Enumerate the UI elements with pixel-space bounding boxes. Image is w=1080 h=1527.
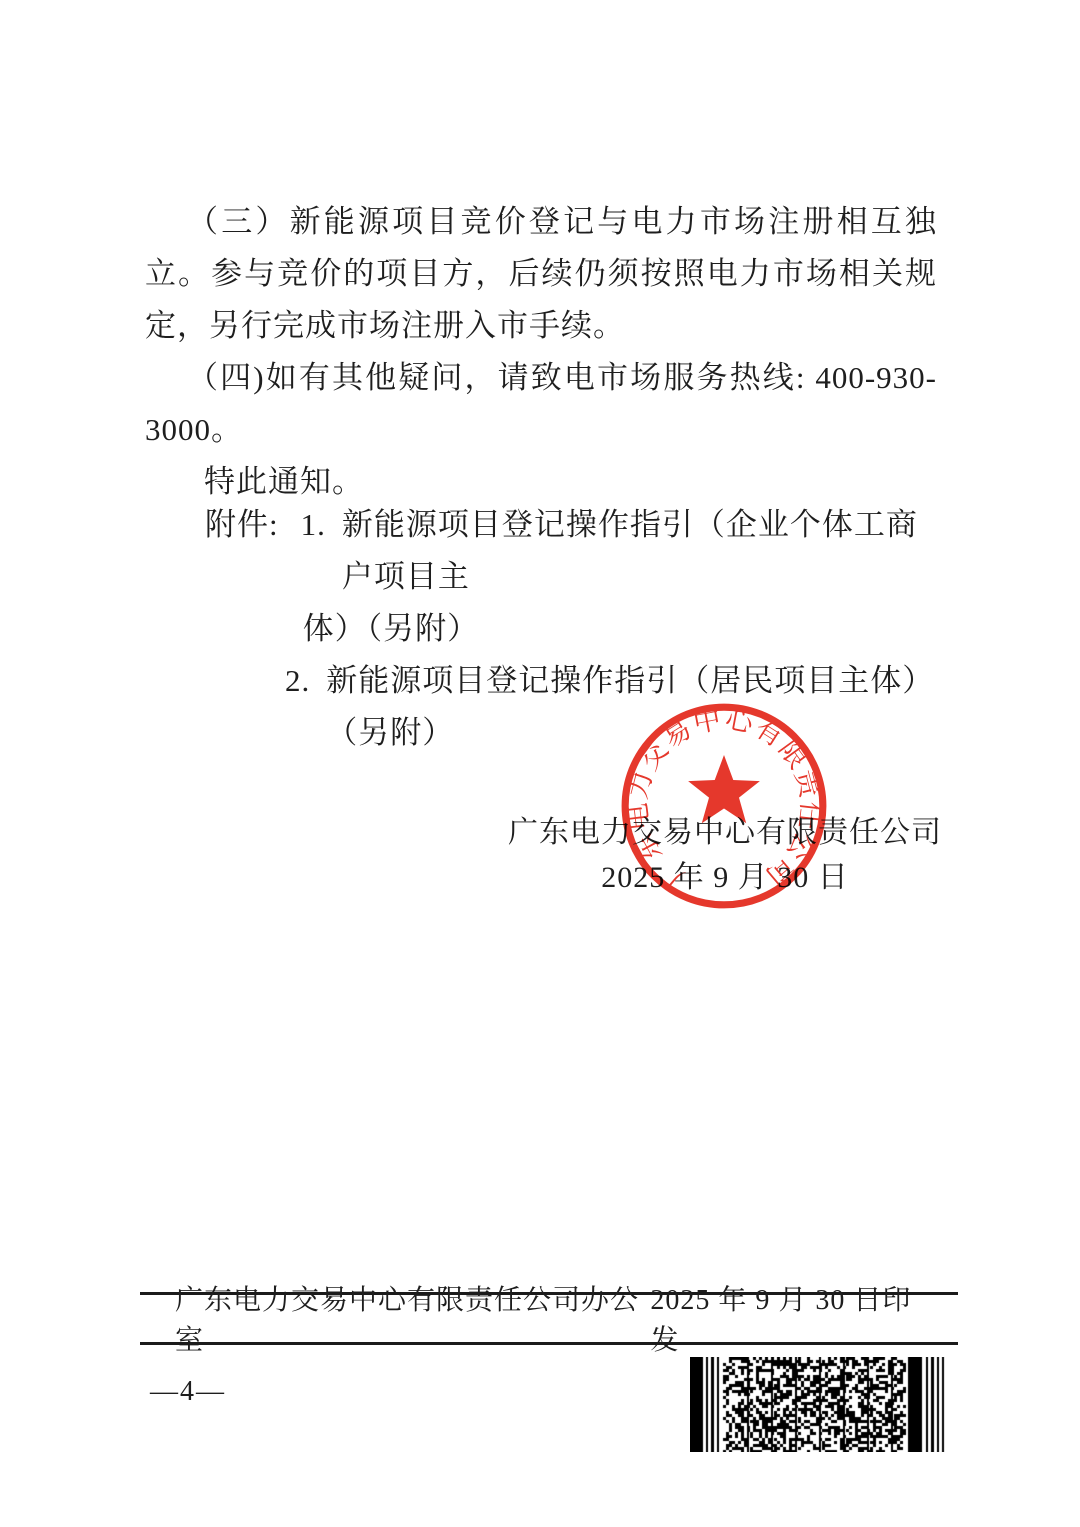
signature-date: 2025 年 9 月 30 日	[370, 855, 1080, 900]
attachments-label: 附件:	[145, 499, 279, 655]
attachment-1-number: 1.	[301, 499, 342, 603]
paragraph-item-4-hotline: （四)如有其他疑问，请致电市场服务热线: 400-930-3000。	[145, 352, 937, 456]
attachment-1-title-line1: 新能源项目登记操作指引（企业个体工商户项目主	[342, 499, 945, 603]
signature-block: 广东电力交易中心有限责任公司 2025 年 9 月 30 日	[370, 810, 1080, 900]
paragraph-item-3: （三）新能源项目竞价登记与电力市场注册相互独立。参与竞价的项目方，后续仍须按照电…	[145, 196, 937, 352]
footer-row: 广东电力交易中心有限责任公司办公室 2025 年 9 月 30 日印发	[140, 1297, 958, 1339]
page-number: —4—	[150, 1376, 226, 1408]
attachment-2-number: 2.	[285, 655, 326, 759]
attachment-item-1: 附件: 1. 新能源项目登记操作指引（企业个体工商户项目主 体）（另附）	[145, 499, 945, 655]
document-page: （三）新能源项目竞价登记与电力市场注册相互独立。参与竞价的项目方，后续仍须按照电…	[0, 0, 1080, 1527]
footer-rule-bottom	[140, 1342, 958, 1345]
document-barcode-icon	[690, 1357, 947, 1452]
footer-issuing-office: 广东电力交易中心有限责任公司办公室	[175, 1278, 650, 1358]
signature-company-name: 广东电力交易中心有限责任公司	[370, 810, 1080, 855]
footer-print-date: 2025 年 9 月 30 日印发	[650, 1278, 930, 1358]
attachment-2-title: 新能源项目登记操作指引（居民项目主体）（另附）	[326, 655, 945, 759]
attachment-1-title-line2: 体）（另附）	[301, 603, 945, 655]
attachment-item-2: 2. 新能源项目登记操作指引（居民项目主体）（另附）	[145, 655, 945, 759]
document-body: （三）新能源项目竞价登记与电力市场注册相互独立。参与竞价的项目方，后续仍须按照电…	[145, 196, 937, 508]
attachments-block: 附件: 1. 新能源项目登记操作指引（企业个体工商户项目主 体）（另附） 2. …	[145, 499, 945, 759]
